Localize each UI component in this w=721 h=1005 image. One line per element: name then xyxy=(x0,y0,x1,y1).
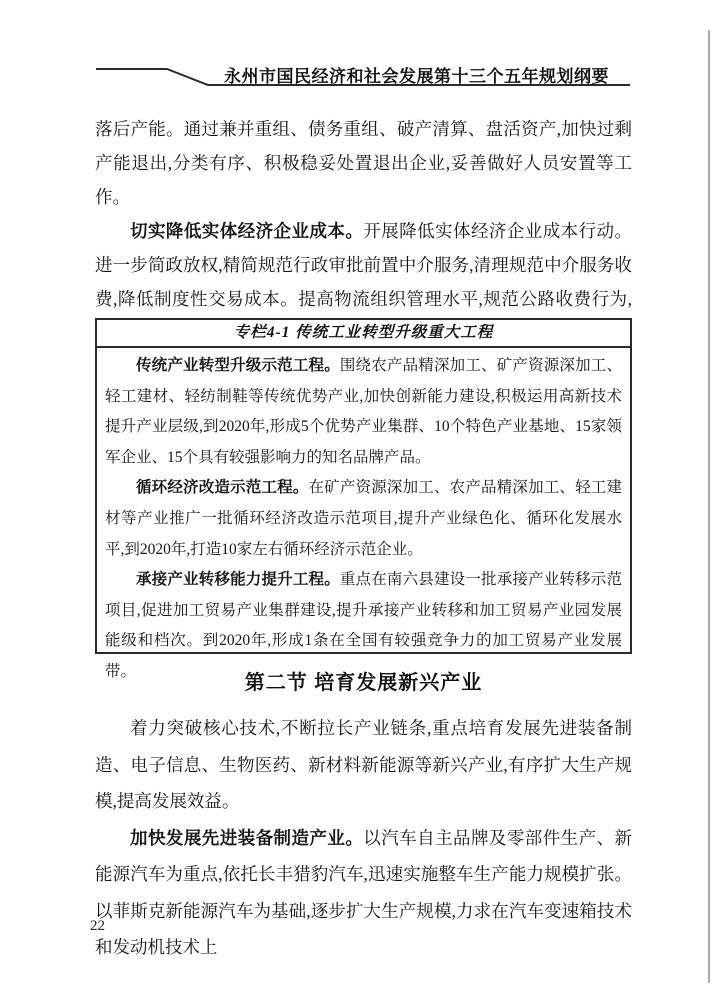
paragraph: 落后产能。通过兼并重组、债务重组、破产清算、盘活资产,加快过剩产能退出,分类有序… xyxy=(95,112,632,214)
header-title: 永州市国民经济和社会发展第十三个五年规划纲要 xyxy=(118,62,715,87)
document-page: 永州市国民经济和社会发展第十三个五年规划纲要 落后产能。通过兼并重组、债务重组、… xyxy=(0,0,721,1005)
page-edge-line xyxy=(708,30,710,983)
paragraph: 着力突破核心技术,不断拉长产业链条,重点培育发展先进装备制造、电子信息、生物医药… xyxy=(95,710,632,820)
page-number: 22 xyxy=(90,918,105,935)
feature-box-paragraph: 循环经济改造示范工程。在矿产资源深加工、农产品精深加工、轻工建材等产业推广一批循… xyxy=(105,473,622,565)
paragraph-text: 着力突破核心技术,不断拉长产业链条,重点培育发展先进装备制造、电子信息、生物医药… xyxy=(95,718,632,811)
paragraph-lead: 传统产业转型升级示范工程。 xyxy=(136,357,340,374)
feature-box: 专栏4-1 传统工业转型升级重大工程 传统产业转型升级示范工程。围绕农产品精深加… xyxy=(95,318,632,654)
section-heading: 第二节 培育发展新兴产业 xyxy=(95,666,632,695)
paragraph-lead: 循环经济改造示范工程。 xyxy=(136,479,309,496)
body-paragraphs-bottom: 着力突破核心技术,不断拉长产业链条,重点培育发展先进装备制造、电子信息、生物医药… xyxy=(95,710,632,966)
feature-box-paragraph: 传统产业转型升级示范工程。围绕农产品精深加工、矿产资源深加工、轻工建材、轻纺制鞋… xyxy=(105,351,622,473)
paragraph-lead: 加快发展先进装备制造产业。 xyxy=(130,828,363,848)
feature-box-content: 传统产业转型升级示范工程。围绕农产品精深加工、矿产资源深加工、轻工建材、轻纺制鞋… xyxy=(97,348,630,688)
paragraph: 加快发展先进装备制造产业。以汽车自主品牌及零部件生产、新能源汽车为重点,依托长丰… xyxy=(95,820,632,966)
feature-box-title: 专栏4-1 传统工业转型升级重大工程 xyxy=(97,320,630,348)
paragraph-lead: 承接产业转移能力提升工程。 xyxy=(136,571,340,588)
paragraph-lead: 切实降低实体经济企业成本。 xyxy=(130,221,363,241)
paragraph-text: 落后产能。通过兼并重组、债务重组、破产清算、盘活资产,加快过剩产能退出,分类有序… xyxy=(95,119,632,207)
